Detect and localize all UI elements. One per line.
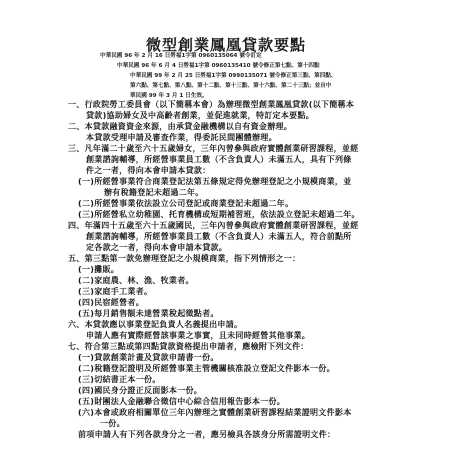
clause-5-item-5: (五)每月銷售額未達營業稅起徵點者。 (78, 309, 219, 319)
clause-6-line-2: 申請人應有實際經營該事業之事實，且未同時經營其他事業。 (86, 331, 310, 341)
clause-6-line-1: 六、本貸款應以事業登記負責人名義提出申請。 (68, 320, 242, 330)
clause-1-line-2: 貸款)協助婦女及中高齡者創業，並促進就業，特訂定本要點。 (86, 111, 314, 121)
clause-7-item-1: (一)貸款創業計畫及貸款申請書一份。 (78, 353, 219, 363)
clause-3-line-3: 件之一者，得向本會申請本貸款： (86, 166, 211, 176)
document-title: 微型創業鳳凰貸款要點 (0, 37, 452, 53)
clause-5-item-2: (二)家庭農、林、漁、牧業者。 (78, 276, 194, 286)
clause-4-line-2: 創業諮詢輔導，所經營事業員工數（不含負責人）未滿五人，符合前點所 (86, 232, 352, 242)
clause-3-item-1: (一)所經營事業符合商業登記法第五條規定得免辦理登記之小規模商業，並 (78, 177, 352, 187)
clause-7-item-6-cont: 一份。 (100, 419, 125, 429)
clause-7-item-4: (四)國民身分證正反面影本一份。 (78, 386, 202, 396)
history-line-3: 中華民國 99 年 2 月 25 日勞福1字第 0990135071 號令修正第… (130, 72, 337, 80)
clause-5-item-1: (一)攤販。 (78, 265, 119, 275)
clause-3-item-3: (三)所經營私立幼稚園、托育機構或短期補習班，依法設立登記未超過二年。 (78, 210, 360, 220)
document-page: 微型創業鳳凰貸款要點 中華民國 96 年 2 月 16 日勞福1字第 09601… (0, 0, 452, 452)
history-line-5: 華民國 99 年 3 月 1 日生效。 (130, 92, 208, 100)
clause-3-line-1: 三、凡年滿二十歲至六十五歲婦女，三年內曾參與政府實體創業研習課程，並經 (68, 144, 359, 154)
clause-7-item-5: (五)財團法人金融聯合徵信中心綜合信用報告影本一份。 (78, 397, 285, 407)
clause-1-line-1: 一、行政院勞工委員會（以下簡稱本會）為辦理微型創業鳳凰貸款(以下簡稱本 (68, 100, 354, 110)
clause-7-item-6: (六)本會或政府相關單位三年內辦理之實體創業研習課程結業證明文件影本 (78, 408, 352, 418)
clause-4-line-3: 定各款之一者，得向本會申請本貸款。 (86, 243, 227, 253)
clause-7-line-1: 七、符合第三點或第四點貸款資格提出申請者，應檢附下列文件： (68, 342, 309, 352)
history-line-4: 第六點、第七點、第八點、第十二點、第十三點、第十六點、第二十三點；並自中 (130, 82, 331, 90)
clause-7-note: 前項申請人有下列各款身分之一者，應另檢具各該身分所需證明文件： (78, 430, 335, 440)
clause-5-line-1: 五、第三點第一款免辦理登記之小規模商業，指下列情形之一： (68, 254, 300, 264)
clause-3-item-1-cont: 辦有稅籍登記未超過二年。 (104, 188, 204, 198)
clause-2-line-2: 本貸款受理申請及審查作業，得委託民間團體辦理。 (86, 133, 277, 143)
history-line-2: 中華民國 96 年 6 月 4 日勞福1字第 0960135410 號令修正第七… (117, 62, 320, 70)
clause-3-item-2: (二)所經營事業依法設立公司登記或商業登記未超過二年。 (78, 199, 293, 209)
clause-3-line-2: 創業諮詢輔導，所經營事業員工數（不含負責人）未滿五人，具有下列條 (86, 155, 352, 165)
history-line-1: 中華民國 96 年 2 月 16 日勞福1字第 0960135064 號令訂定 (100, 52, 262, 60)
clause-2-line-1: 二、本貸款融資資金來源，由承貸金融機構以自有資金辦理。 (68, 122, 292, 132)
clause-5-item-3: (三)家庭手工業者。 (78, 287, 152, 297)
clause-4-line-1: 四、年滿四十五歲至六十五歲國民，三年內曾參與政府實體創業研習課程，並經 (68, 221, 359, 231)
clause-7-item-2: (二)稅籍登記證明及所經營事業主管機關核准設立登記文件影本一份。 (78, 364, 335, 374)
clause-7-item-3: (三)切結書正本一份。 (78, 375, 161, 385)
clause-5-item-4: (四)民宿經營者。 (78, 298, 144, 308)
